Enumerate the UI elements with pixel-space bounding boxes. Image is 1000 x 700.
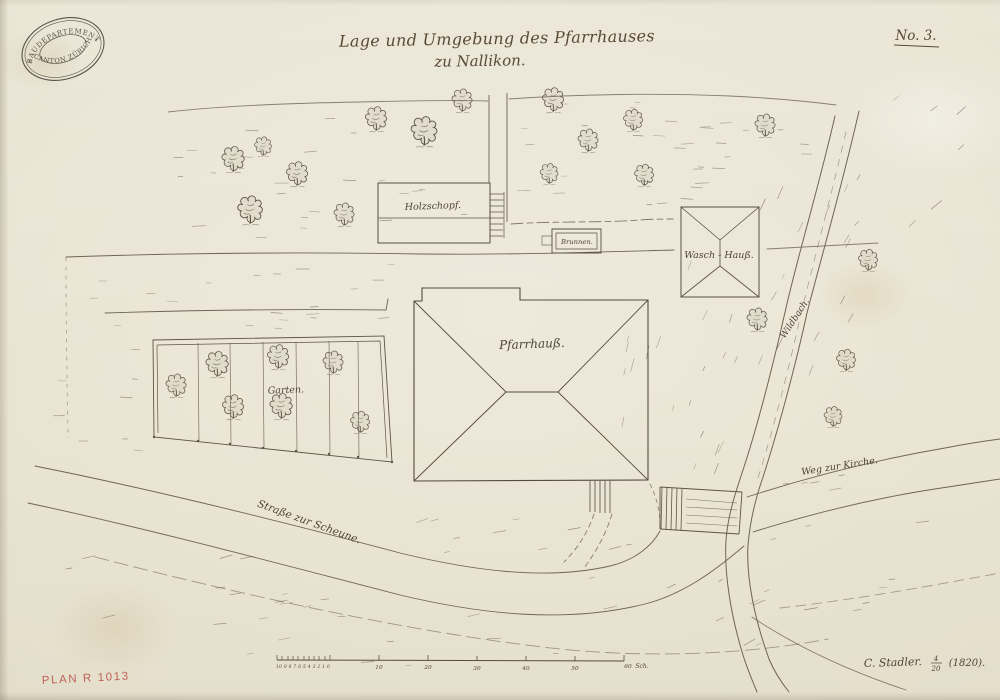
texture-dash (282, 593, 287, 594)
texture-dash (589, 577, 595, 579)
texture-dash (701, 431, 704, 437)
texture-dash (633, 135, 644, 136)
texture-dash (714, 463, 718, 474)
texture-dash (132, 379, 138, 380)
road-lower-edge (28, 503, 744, 615)
texture-dash (626, 544, 631, 545)
texture-dash (853, 609, 862, 611)
texture-dash (688, 261, 691, 270)
pfarrhaus-label: Pfarrhauß. (498, 336, 565, 352)
tree-symbol (540, 164, 558, 185)
texture-dash (304, 151, 317, 152)
texture-dash (695, 183, 709, 184)
texture-dash (604, 606, 617, 609)
texture-dash (681, 199, 693, 200)
texture-dash (805, 526, 811, 527)
church-road-upper (747, 439, 1000, 497)
texture-dash (702, 310, 707, 320)
texture-dash (667, 584, 676, 588)
texture-dash (931, 106, 938, 111)
scale-label-30: 30 (473, 666, 481, 672)
texture-dash (626, 342, 628, 352)
texture-dash (487, 638, 501, 639)
texture-dash (729, 314, 732, 323)
texture-dash (844, 184, 848, 192)
pfarrhaus-steps (590, 481, 610, 513)
lower-boundary (105, 299, 388, 313)
steps-path-dashed (564, 514, 612, 568)
texture-dash (351, 289, 358, 290)
map-title-line2: zu Nallikon. (433, 51, 526, 71)
texture-dash (120, 397, 133, 398)
bridge-deck-lines (686, 499, 737, 526)
field-line-right (780, 573, 1000, 608)
texture-dash (844, 235, 849, 243)
stream-wildbach (726, 111, 859, 692)
bridge (660, 487, 742, 534)
tree-symbol (222, 395, 243, 420)
texture-dash (735, 356, 738, 363)
footpath-rungs (490, 192, 504, 238)
road-upper-edge (35, 466, 660, 573)
texture-dash (802, 482, 808, 483)
texture-dash (771, 292, 776, 300)
tree-symbol (255, 137, 272, 157)
tree-symbol (365, 107, 386, 132)
texture-dash (672, 405, 674, 411)
archive-reference: PLAN R 1013 (42, 670, 130, 687)
signature-block: C. Stadler. 4 20 (1820). (864, 655, 986, 673)
pfarrhaus-building (414, 288, 648, 513)
holzschopf-label: Holzschopf. (404, 200, 462, 213)
texture-dash (800, 144, 809, 145)
texture-dash (380, 220, 392, 221)
meadow-texture (53, 95, 966, 665)
texture-dash (771, 539, 776, 540)
texture-dash (304, 606, 311, 608)
texture-dash (245, 130, 258, 131)
texture-dash (703, 366, 705, 371)
texture-dash (863, 602, 870, 603)
texture-dash (239, 168, 245, 169)
weg-kirche-label: Weg zur Kirche. (801, 455, 879, 478)
texture-dash (343, 180, 356, 181)
texture-dash (889, 579, 895, 580)
tree-symbol (824, 407, 842, 428)
texture-dash (718, 441, 724, 453)
tree-symbol (624, 109, 643, 132)
signature-name: C. Stadler. (864, 655, 923, 670)
texture-dash (782, 274, 785, 279)
tree-symbol (635, 164, 654, 187)
texture-dash (716, 143, 727, 144)
scale-label-10: 10 (375, 665, 383, 671)
texture-dash (146, 293, 155, 294)
texture-dash (416, 519, 428, 523)
texture-dash (406, 665, 412, 666)
texture-dash (538, 548, 548, 550)
texture-dash (848, 313, 853, 322)
texture-dash (760, 199, 766, 210)
texture-dash (839, 475, 845, 476)
texture-dash (513, 519, 519, 520)
texture-dash (653, 135, 665, 136)
texture-dash (879, 587, 887, 588)
texture-dash (279, 320, 288, 321)
tree-symbol (166, 374, 186, 398)
texture-dash (916, 521, 929, 523)
tree-symbol (334, 203, 354, 227)
tree-symbol (755, 114, 775, 138)
texture-dash (909, 220, 916, 227)
texture-dash (247, 653, 254, 654)
tree-symbol (238, 196, 263, 225)
texture-dash (798, 222, 803, 232)
texture-dash (214, 623, 227, 624)
strasse-label: Straße zur Scheune. (256, 498, 363, 547)
scale-bar: 10 9 8 7 6 5 4 3 2 1 0 10 20 30 40 50 60… (276, 655, 649, 672)
texture-dash (624, 368, 626, 375)
tree-symbol (351, 411, 370, 434)
texture-dash (167, 301, 178, 302)
texture-dash (114, 325, 121, 326)
field-line-bottom (95, 557, 828, 654)
texture-dash (931, 201, 942, 210)
texture-dash (361, 662, 374, 663)
texture-dash (220, 555, 233, 559)
scale-label-60: 60 (624, 664, 632, 670)
texture-dash (526, 144, 535, 145)
texture-dash (444, 551, 450, 552)
texture-dash (493, 531, 506, 533)
signature-fraction-denominator: 20 (931, 665, 941, 673)
brunnen-label: Brunnen. (560, 238, 593, 246)
scale-unit: Sch. (635, 663, 648, 670)
tree-symbol (452, 89, 472, 113)
mid-boundary-east (767, 243, 878, 249)
texture-dash (656, 336, 660, 348)
signature-fraction-numerator: 4 (933, 655, 938, 663)
texture-dash (321, 599, 329, 600)
texture-dash (715, 444, 719, 455)
texture-dash (82, 556, 95, 559)
texture-dash (271, 313, 283, 314)
footpath-north (489, 93, 507, 238)
texture-dash (431, 519, 439, 521)
texture-dash (723, 352, 726, 359)
texture-dash (627, 336, 628, 343)
meadow-fence (511, 219, 673, 224)
mid-boundary (66, 250, 674, 257)
plan-number: No. 3. (894, 28, 936, 44)
texture-dash (306, 314, 319, 315)
texture-dash (893, 95, 900, 100)
texture-dash (378, 318, 389, 319)
texture-dash (829, 488, 841, 490)
stream-left-bank (726, 116, 835, 692)
texture-dash (310, 307, 319, 308)
scale-minor-ticks (277, 655, 330, 660)
texture-dash (718, 579, 723, 582)
scale-label-50: 50 (571, 666, 579, 672)
stream-fork (752, 617, 906, 690)
texture-dash (192, 226, 206, 227)
map-labels: Holzschopf. Brunnen. Wasch - Hauß. Pfarr… (256, 200, 879, 546)
trees (166, 88, 878, 434)
texture-dash (467, 614, 479, 617)
texture-dash (810, 482, 820, 484)
scale-main-line (277, 660, 624, 661)
bridge-hatching (661, 487, 682, 531)
garten-label: Garten. (268, 384, 305, 396)
texture-dash (102, 615, 115, 618)
tree-symbol (270, 393, 292, 420)
scale-minor-labels: 10 9 8 7 6 5 4 3 2 1 0 (276, 665, 330, 670)
texture-dash (259, 618, 267, 619)
waschhaus-label: Wasch - Hauß. (684, 250, 754, 261)
texture-dash (681, 143, 694, 144)
texture-dash (412, 191, 423, 192)
stamp-text-bottom: CANTON ZÜRICH (31, 34, 99, 73)
tree-symbol (859, 249, 878, 272)
tree-symbol (286, 162, 307, 187)
texture-dash (702, 128, 714, 129)
official-stamp: BAUDEPARTEMENT CANTON ZÜRICH ✳ ✳ (14, 7, 112, 90)
title-block: Lage und Umgebung des Pfarrhauses zu Nal… (338, 26, 939, 71)
church-road-lower (753, 479, 1000, 532)
texture-dash (855, 221, 859, 225)
house-corner-path (650, 484, 660, 520)
tree-symbol (267, 345, 288, 370)
plan-number-underline (894, 45, 939, 47)
signature-year: (1820). (949, 658, 985, 669)
texture-dash (454, 537, 460, 538)
texture-dash (66, 568, 73, 569)
texture-dash (657, 203, 667, 204)
texture-dash (756, 643, 762, 646)
texture-dash (309, 211, 320, 212)
texture-dash (716, 617, 724, 621)
texture-dash (753, 600, 766, 606)
texture-dash (958, 145, 963, 150)
texture-dash (609, 546, 621, 549)
texture-dash (694, 463, 696, 469)
tree-symbol (837, 349, 856, 372)
texture-dash (277, 193, 286, 194)
texture-dash (278, 638, 291, 640)
tree-symbol (747, 308, 767, 332)
texture-dash (814, 332, 819, 341)
tree-symbol (206, 351, 228, 378)
texture-dash (379, 180, 385, 181)
texture-dash (778, 186, 784, 199)
tree-symbol (411, 117, 437, 148)
texture-dash (957, 107, 966, 115)
texture-dash (857, 174, 860, 180)
texture-dash (631, 358, 635, 371)
scale-label-20: 20 (423, 665, 432, 671)
texture-dash (744, 639, 756, 646)
texture-dash (635, 102, 640, 103)
tree-symbol (578, 129, 598, 153)
texture-dash (840, 296, 844, 305)
paper-background: Holzschopf. Brunnen. Wasch - Hauß. Pfarr… (0, 0, 1000, 700)
texture-dash (809, 365, 813, 375)
texture-dash (804, 608, 818, 610)
holzschopf-building (378, 183, 490, 243)
west-boundary (66, 258, 68, 438)
texture-dash (764, 590, 769, 593)
site-plan-drawing: Holzschopf. Brunnen. Wasch - Hauß. Pfarr… (0, 0, 1000, 700)
texture-dash (568, 528, 581, 531)
texture-dash (132, 349, 140, 350)
scale-label-40: 40 (521, 666, 530, 672)
svg-text:CANTON ZÜRICH: CANTON ZÜRICH (31, 34, 99, 73)
texture-dash (230, 593, 241, 595)
texture-dash (622, 417, 624, 428)
north-boundary-left (168, 101, 488, 112)
texture-dash (691, 187, 703, 188)
texture-dash (134, 450, 144, 451)
texture-dash (698, 167, 704, 168)
texture-dash (758, 355, 762, 364)
tree-symbol (323, 351, 343, 375)
texture-dash (689, 401, 691, 406)
tree-symbol (542, 88, 563, 113)
map-title-line1: Lage und Umgebung des Pfarrhauses (338, 26, 655, 51)
